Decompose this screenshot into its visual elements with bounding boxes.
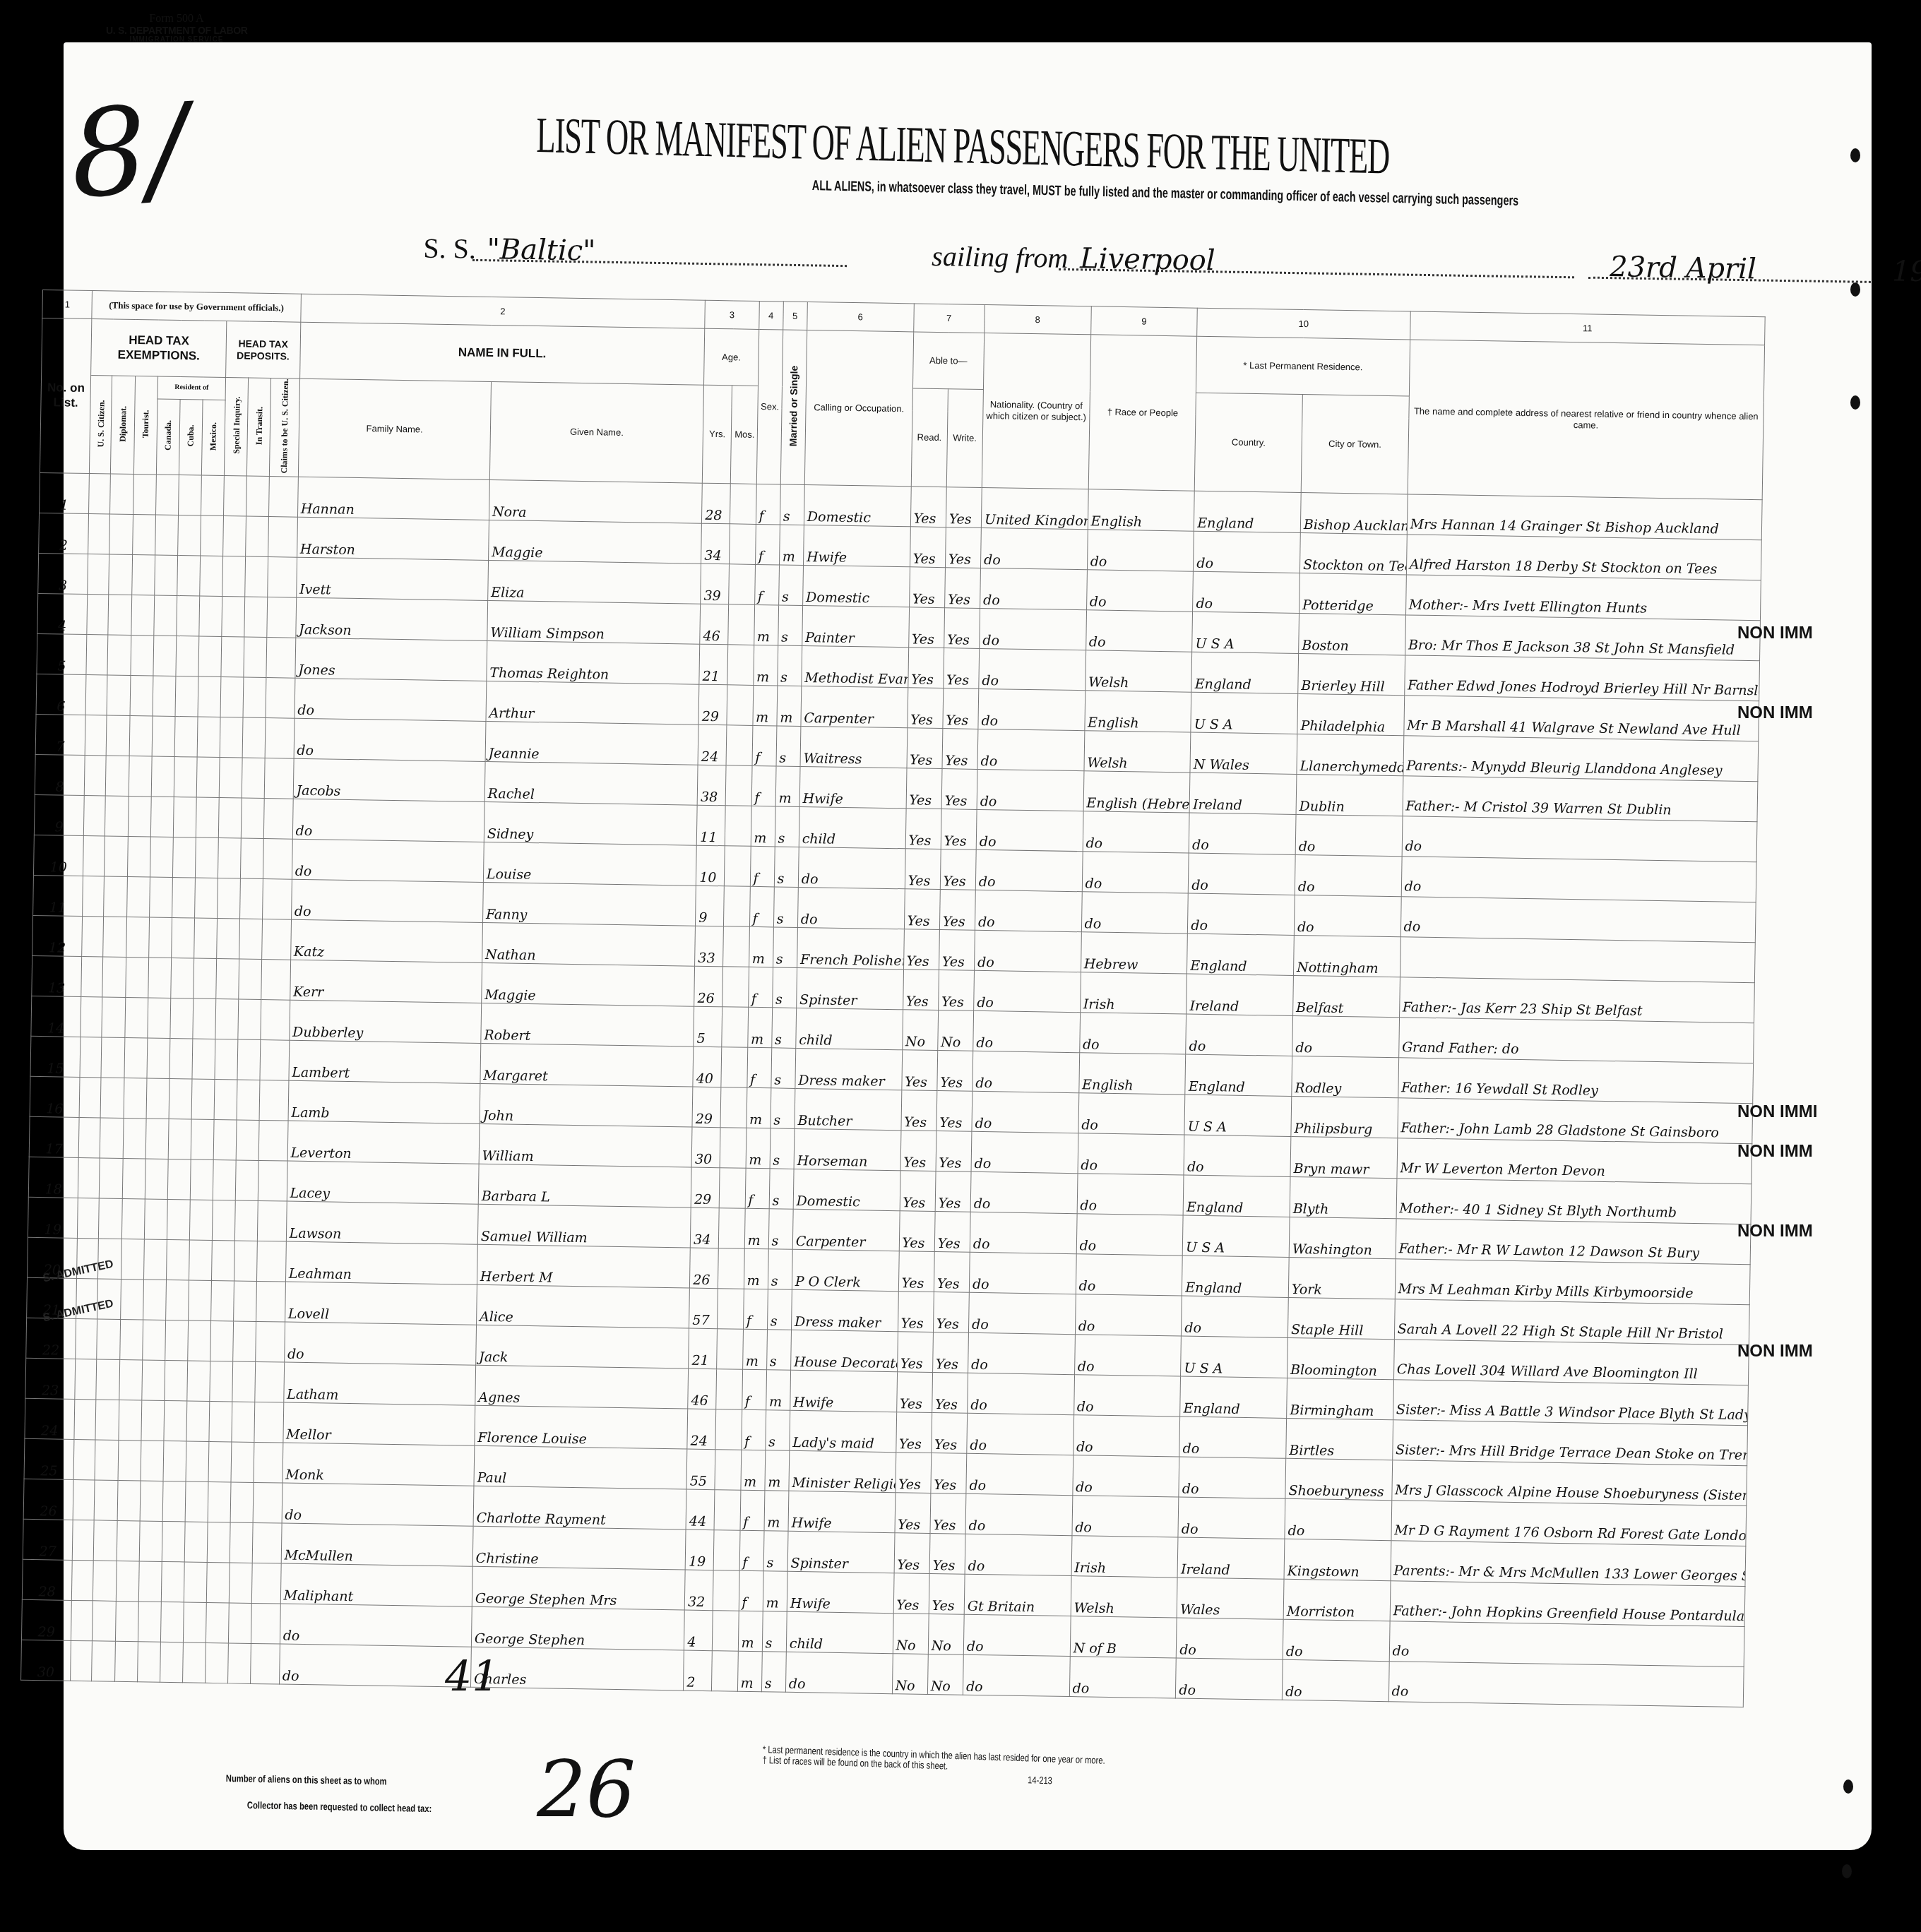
- special-inquiry-header: Special Inquiry.: [231, 397, 242, 455]
- nationality: do: [980, 527, 1088, 569]
- row-number: 26: [23, 1479, 73, 1520]
- age-months: [723, 926, 749, 967]
- residence-country: do: [1177, 1618, 1284, 1659]
- can-read: Yes: [899, 1210, 935, 1251]
- row-number: 7: [35, 714, 85, 755]
- occupation: do: [785, 1652, 893, 1693]
- sex: f: [741, 1409, 766, 1450]
- row-number: 30: [21, 1640, 71, 1681]
- residence-country: Ireland: [1177, 1537, 1285, 1579]
- family-name: Katz: [290, 919, 482, 962]
- marital-status: s: [778, 605, 802, 646]
- occupation: Dress maker: [795, 1048, 903, 1090]
- given-name: Alice: [476, 1284, 689, 1328]
- row-number: 25: [24, 1438, 74, 1479]
- nationality: do: [973, 1051, 1080, 1092]
- residence-city: Kingstown: [1284, 1539, 1391, 1580]
- marital-status: s: [771, 1087, 795, 1128]
- can-write: Yes: [936, 1131, 972, 1171]
- sex: f: [740, 1490, 765, 1531]
- marital-status: s: [762, 1611, 787, 1652]
- nationality-header: Nationality. (Country of which citizen o…: [982, 333, 1090, 489]
- age-months: [714, 1489, 740, 1530]
- residence-country: do: [1182, 1296, 1289, 1337]
- head-tax-exemptions-header: HEAD TAX EXEMPTIONS.: [91, 319, 227, 378]
- residence-country: Ireland: [1186, 974, 1294, 1015]
- nearest-relative: Grand Father: do: [1398, 1017, 1754, 1063]
- age-years: 57: [689, 1288, 718, 1329]
- service-label: IMMIGRATION SERVICE: [106, 36, 247, 44]
- race: do: [1076, 1213, 1184, 1255]
- nearest-relative: Bro: Mr Thos E Jackson 38 St John St Man…: [1405, 614, 1760, 660]
- head-tax-deposits-header: HEAD TAX DEPOSITS.: [226, 321, 301, 379]
- nationality: do: [975, 849, 1083, 891]
- row-number: 4: [37, 593, 88, 634]
- given-name: Jack: [475, 1325, 689, 1368]
- nearest-relative: Mother:- 40 1 Sidney St Blyth Northumb: [1396, 1178, 1751, 1224]
- residence-city: do: [1294, 895, 1401, 936]
- race-header: † Race or People: [1088, 335, 1197, 491]
- given-name: Florence Louise: [475, 1405, 688, 1449]
- residence-country: do: [1193, 571, 1300, 613]
- can-write: Yes: [932, 1372, 968, 1413]
- gov-space-label: (This space for use by Government offici…: [92, 291, 301, 323]
- can-read: Yes: [896, 1412, 932, 1453]
- race: do: [1078, 1133, 1185, 1174]
- can-read: Yes: [905, 848, 941, 889]
- nationality: do: [968, 1292, 1076, 1334]
- residence-city: Bishop Auckland: [1300, 492, 1408, 534]
- months-header: Mos.: [731, 386, 758, 484]
- race: do: [1072, 1455, 1179, 1496]
- age-years: 46: [688, 1368, 717, 1409]
- residence-country: England: [1183, 1175, 1290, 1217]
- race: English (Hebrew): [1083, 770, 1191, 812]
- years-header: Yrs.: [703, 385, 732, 483]
- given-name: Maggie: [488, 520, 701, 563]
- age-years: 29: [698, 684, 727, 725]
- row-number: 18: [28, 1157, 78, 1198]
- sex: f: [745, 1168, 770, 1209]
- read-header: Read.: [911, 388, 948, 487]
- race: do: [1083, 811, 1190, 852]
- family-name: Kerr: [290, 960, 482, 1003]
- department-label: U. S. DEPARTMENT OF LABOR: [106, 25, 247, 36]
- family-name: do: [292, 799, 484, 842]
- can-write: Yes: [940, 849, 976, 890]
- row-number: 10: [33, 835, 83, 876]
- occupation: Domestic: [804, 484, 911, 526]
- occupation: House Decorator: [790, 1330, 898, 1371]
- age-months: [722, 1006, 748, 1047]
- nationality: do: [970, 1171, 1078, 1213]
- sex: m: [753, 645, 778, 686]
- family-name: McMullen: [281, 1523, 473, 1566]
- can-read: Yes: [898, 1251, 934, 1292]
- sex: f: [751, 765, 776, 806]
- sex: f: [754, 564, 779, 605]
- race: do: [1074, 1334, 1182, 1376]
- can-write: Yes: [939, 929, 975, 970]
- can-write: Yes: [937, 1050, 973, 1091]
- canada-header: Canada.: [163, 420, 174, 451]
- resident-of-header: Resident of: [157, 376, 226, 400]
- sex: m: [751, 806, 775, 847]
- race: Welsh: [1084, 730, 1191, 772]
- race: do: [1077, 1173, 1184, 1215]
- non-immigrant-stamp: NON IMMI: [1737, 1102, 1817, 1122]
- can-write: No: [928, 1614, 964, 1654]
- non-immigrant-stamp: NON IMM: [1737, 624, 1813, 643]
- nationality: do: [968, 1332, 1076, 1374]
- residence-city: Washington: [1289, 1217, 1396, 1258]
- family-name: Latham: [283, 1362, 475, 1405]
- can-read: Yes: [895, 1452, 931, 1493]
- departure-year: 1914: [1892, 255, 1921, 289]
- sex: m: [744, 1208, 769, 1249]
- occupation: Hwife: [788, 1491, 896, 1532]
- residence-city: Llanerchymedd: [1297, 734, 1404, 775]
- race: do: [1078, 1092, 1186, 1134]
- can-write: Yes: [944, 648, 980, 688]
- relative-header: The name and complete address of nearest…: [1408, 340, 1765, 499]
- can-read: Yes: [907, 727, 943, 768]
- given-name: Paul: [474, 1445, 687, 1489]
- nationality: do: [980, 608, 1087, 650]
- race: Welsh: [1085, 650, 1192, 691]
- age-months: [726, 765, 752, 806]
- race: Irish: [1071, 1535, 1179, 1577]
- given-name: Charles: [470, 1647, 684, 1690]
- row-number: 11: [33, 875, 83, 916]
- occupation: Horseman: [794, 1128, 901, 1170]
- can-read: Yes: [906, 768, 942, 809]
- given-name: Louise: [483, 842, 696, 885]
- residence-country: do: [1189, 813, 1296, 854]
- family-name: Monk: [282, 1443, 475, 1486]
- occupation: child: [796, 1008, 903, 1049]
- nationality: do: [978, 688, 1086, 730]
- residence-country: do: [1189, 853, 1296, 895]
- can-write: Yes: [930, 1493, 966, 1534]
- occupation: Waitress: [800, 726, 908, 768]
- given-name: Charlotte Rayment: [473, 1486, 686, 1529]
- age-months: [726, 724, 752, 765]
- marital-status: s: [761, 1651, 786, 1692]
- sex: m: [752, 685, 777, 726]
- residence-country: do: [1178, 1497, 1285, 1539]
- row-number: 5: [37, 633, 87, 674]
- can-write: Yes: [932, 1332, 968, 1373]
- can-read: Yes: [900, 1170, 936, 1211]
- family-name: Maliphant: [280, 1563, 472, 1606]
- can-write: Yes: [942, 728, 978, 769]
- given-name: Margaret: [480, 1043, 694, 1087]
- sex: m: [749, 926, 773, 967]
- nationality: United Kingdom: [981, 487, 1088, 529]
- nearest-relative: Mr W Leverton Merton Devon: [1397, 1138, 1752, 1183]
- age-years: 38: [697, 765, 726, 806]
- can-write: Yes: [932, 1412, 968, 1453]
- row-number: 8: [35, 754, 85, 795]
- race: do: [1075, 1294, 1182, 1335]
- age-months: [730, 483, 756, 524]
- row-number: 2: [39, 513, 89, 554]
- sex: f: [756, 484, 780, 525]
- row-number: 15: [30, 1036, 81, 1077]
- nearest-relative: Sarah A Lovell 22 High St Staple Hill Nr…: [1394, 1299, 1749, 1344]
- sailing-label: sailing from: [932, 239, 1069, 275]
- can-read: Yes: [908, 607, 944, 648]
- family-name: Dubberley: [289, 1000, 481, 1043]
- residence-country: do: [1188, 893, 1295, 935]
- given-name: William: [479, 1123, 692, 1167]
- nearest-relative: Mrs M Leahman Kirby Mills Kirbymoorside: [1395, 1258, 1750, 1304]
- age-years: 21: [699, 644, 728, 685]
- given-name: Samuel William: [477, 1204, 691, 1248]
- row-number: 22: [26, 1318, 76, 1359]
- race: do: [1086, 609, 1193, 651]
- age-months: [713, 1610, 739, 1651]
- marital-status: s: [778, 565, 803, 606]
- write-header: Write.: [946, 389, 983, 487]
- passenger-table: 1 (This space for use by Government offi…: [20, 290, 1766, 1707]
- given-name: Maggie: [482, 962, 695, 1006]
- sex: m: [747, 1007, 772, 1048]
- can-write: Yes: [943, 688, 979, 729]
- residence-country: do: [1184, 1135, 1291, 1176]
- can-write: Yes: [946, 487, 982, 527]
- race: do: [1081, 891, 1189, 933]
- row-number: 1: [40, 472, 90, 513]
- residence-city: York: [1288, 1257, 1396, 1299]
- residence-city: Boston: [1299, 613, 1406, 655]
- age-months: [720, 1127, 746, 1168]
- residence-city: do: [1292, 1015, 1400, 1057]
- can-write: Yes: [941, 768, 977, 809]
- can-read: Yes: [894, 1492, 930, 1533]
- family-name: Hannan: [297, 477, 489, 520]
- race: do: [1072, 1495, 1179, 1537]
- residence-country: U S A: [1192, 612, 1299, 653]
- family-name: do: [292, 839, 484, 882]
- occupation: Methodist Evangelist: [802, 645, 909, 687]
- country-header: Country.: [1195, 393, 1303, 492]
- family-name: Lambert: [289, 1040, 481, 1083]
- able-to-header: Able to—: [912, 332, 985, 390]
- residence-city: do: [1282, 1659, 1389, 1701]
- can-read: Yes: [910, 526, 946, 567]
- residence-country: U S A: [1184, 1095, 1292, 1136]
- age-months: [716, 1368, 742, 1409]
- col10-number: 10: [1197, 308, 1410, 340]
- family-name: Jones: [295, 638, 487, 681]
- given-name: Nathan: [482, 922, 695, 966]
- given-name: Rachel: [484, 761, 698, 805]
- col3-number: 3: [705, 300, 759, 329]
- ship-name: "Baltic": [487, 233, 596, 267]
- age-years: 24: [698, 724, 727, 765]
- sex: m: [744, 1248, 768, 1289]
- residence-city: do: [1283, 1619, 1390, 1661]
- age-months: [720, 1087, 747, 1128]
- marital-status: s: [775, 806, 799, 847]
- age-years: 34: [691, 1207, 720, 1248]
- occupation: Painter: [802, 605, 910, 647]
- age-years: 19: [685, 1529, 714, 1570]
- departure-port: Liverpool: [1080, 242, 1215, 277]
- age-months: [721, 1046, 747, 1087]
- nearest-relative: Mr D G Rayment 176 Osborn Rd Forest Gate…: [1391, 1500, 1747, 1546]
- age-years: 30: [691, 1127, 720, 1168]
- occupation: P O Clerk: [792, 1249, 899, 1291]
- age-months: [725, 805, 751, 846]
- married-single-header: Married or Single: [787, 365, 801, 446]
- sheet-number: 8/: [66, 88, 191, 215]
- departure-date: 23rd April: [1610, 251, 1756, 285]
- residence-city: Birmingham: [1287, 1378, 1394, 1419]
- sex: f: [743, 1289, 768, 1330]
- nationality: do: [965, 1534, 1072, 1575]
- age-years: 55: [686, 1449, 715, 1490]
- residence-city: Stockton on Tees: [1299, 532, 1407, 574]
- nearest-relative: Sister:- Miss A Battle 3 Windsor Place B…: [1393, 1379, 1748, 1425]
- race: do: [1087, 529, 1194, 571]
- sex: m: [742, 1329, 767, 1370]
- col5-number: 5: [783, 302, 807, 330]
- sex: m: [746, 1128, 771, 1169]
- non-immigrant-stamp: NON IMM: [1737, 703, 1813, 723]
- calling-header: Calling or Occupation.: [804, 330, 913, 487]
- nearest-relative: Father Edwd Jones Hodroyd Brierley Hill …: [1404, 655, 1759, 700]
- age-years: 34: [701, 523, 730, 564]
- residence-city: Blyth: [1290, 1176, 1397, 1218]
- race: Irish: [1080, 972, 1187, 1013]
- nationality: Gt Britain: [964, 1574, 1071, 1616]
- non-immigrant-stamp: NON IMM: [1737, 1142, 1813, 1162]
- age-months: [729, 563, 755, 604]
- residence-city: Rodley: [1292, 1056, 1399, 1097]
- row-number: 6: [36, 674, 86, 715]
- nearest-relative: Mrs Hannan 14 Grainger St Bishop Aucklan…: [1407, 494, 1762, 539]
- marital-status: s: [776, 725, 801, 766]
- occupation: Lady's maid: [790, 1410, 897, 1452]
- age-months: [730, 523, 756, 564]
- can-write: Yes: [944, 607, 980, 648]
- sex: m: [747, 1087, 771, 1128]
- tally-number: 41: [445, 1652, 499, 1702]
- occupation: Dress maker: [791, 1289, 898, 1331]
- age-years: 24: [687, 1409, 716, 1450]
- nationality: do: [975, 890, 1082, 931]
- residence-country: England: [1187, 934, 1295, 975]
- age-years: 29: [692, 1087, 721, 1128]
- residence-city: do: [1295, 854, 1402, 896]
- can-read: Yes: [904, 888, 940, 929]
- residence-country: do: [1176, 1658, 1283, 1700]
- race: do: [1082, 851, 1189, 893]
- race: do: [1073, 1374, 1181, 1416]
- occupation: Butcher: [795, 1088, 902, 1130]
- can-read: Yes: [893, 1573, 929, 1614]
- can-write: Yes: [929, 1573, 965, 1614]
- given-name: William Simpson: [487, 600, 701, 644]
- occupation: Carpenter: [792, 1209, 900, 1251]
- age-months: [725, 845, 751, 886]
- age-years: 9: [696, 885, 725, 926]
- can-read: Yes: [897, 1331, 933, 1372]
- occupation: Minister Religion: [789, 1450, 896, 1492]
- given-name: Sidney: [484, 801, 697, 845]
- family-name: Leahman: [285, 1241, 477, 1284]
- nationality: do: [967, 1413, 1074, 1455]
- given-name: Robert: [481, 1003, 694, 1046]
- sex: m: [754, 604, 778, 645]
- given-name: Arthur: [486, 681, 699, 724]
- nationality: do: [968, 1373, 1075, 1414]
- race: do: [1069, 1656, 1177, 1698]
- family-name: Ivett: [296, 557, 488, 600]
- nationality: do: [974, 930, 1081, 972]
- can-write: Yes: [941, 809, 977, 849]
- nearest-relative: Mr B Marshall 41 Walgrave St Newland Ave…: [1403, 695, 1759, 741]
- age-months: [719, 1207, 745, 1248]
- nationality: do: [971, 1131, 1078, 1173]
- row-number: 17: [29, 1116, 79, 1157]
- nearest-relative: Mother:- Mrs Ivett Ellington Hunts: [1405, 574, 1761, 620]
- tourist-header: Tourist.: [141, 410, 151, 438]
- nationality: do: [980, 568, 1088, 609]
- residence-city: do: [1285, 1498, 1392, 1540]
- residence-country: do: [1179, 1417, 1287, 1458]
- family-name: Jackson: [295, 597, 487, 640]
- sex: f: [750, 846, 775, 887]
- residence-city: Nottingham: [1293, 935, 1400, 977]
- sex: f: [739, 1570, 763, 1611]
- cuba-header: Cuba.: [186, 425, 196, 447]
- family-name: Mellor: [283, 1402, 475, 1445]
- marital-status: s: [773, 886, 798, 927]
- form-identifier: Form 500 A U. S. DEPARTMENT OF LABOR IMM…: [134, 13, 219, 44]
- can-write: Yes: [933, 1292, 969, 1332]
- can-read: Yes: [909, 566, 945, 607]
- sex: f: [749, 886, 774, 927]
- residence-country: England: [1182, 1256, 1290, 1297]
- form-number: Form 500 A: [134, 13, 219, 25]
- age-years: 28: [702, 483, 731, 524]
- nationality: do: [974, 970, 1081, 1012]
- occupation: child: [786, 1611, 893, 1653]
- row-number: 28: [22, 1559, 72, 1600]
- occupation: Spinster: [796, 967, 903, 1009]
- race: do: [1073, 1414, 1180, 1456]
- race: English: [1088, 489, 1195, 530]
- age-years: 5: [694, 1006, 722, 1047]
- occupation: Domestic: [802, 565, 910, 607]
- family-name: do: [284, 1322, 476, 1365]
- can-write: Yes: [934, 1251, 970, 1292]
- ss-label: S. S.: [423, 232, 476, 266]
- marital-status: s: [771, 1047, 796, 1088]
- age-years: 46: [700, 604, 729, 645]
- nationality: do: [973, 1010, 1081, 1052]
- age-months: [714, 1529, 740, 1570]
- nationality: do: [963, 1614, 1071, 1656]
- row-number: 16: [30, 1076, 80, 1117]
- can-read: No: [902, 1009, 938, 1050]
- passenger-rows: 1 Hannan Nora 28 f s Domestic Yes Yes Un…: [21, 472, 1763, 1707]
- residence-city: Birtles: [1286, 1418, 1393, 1460]
